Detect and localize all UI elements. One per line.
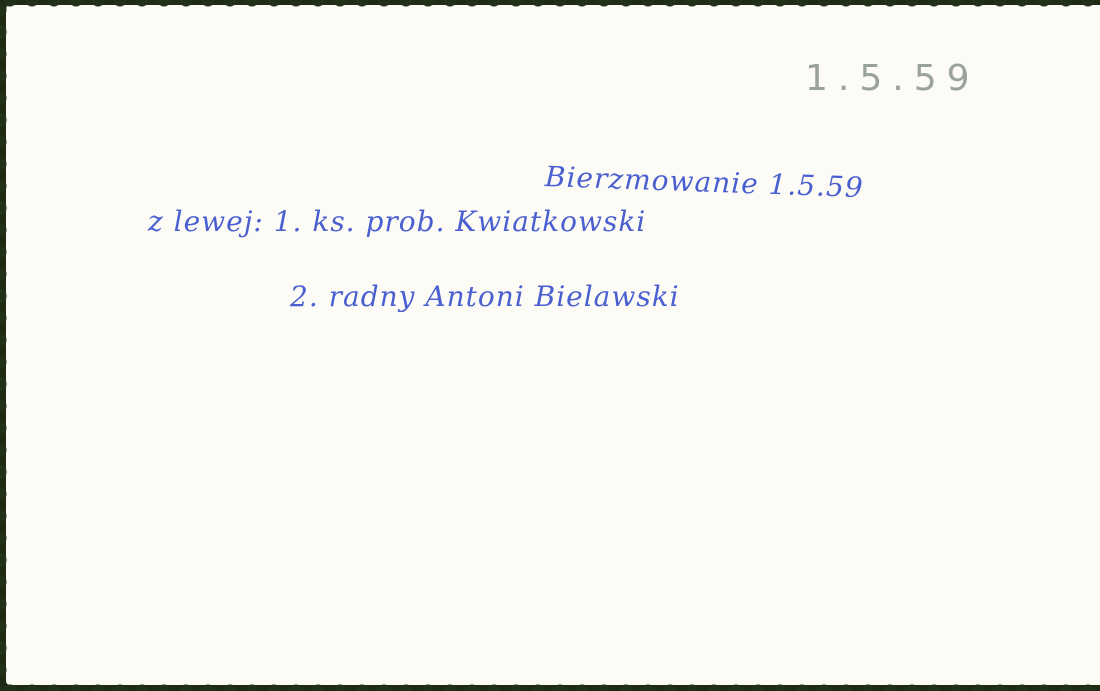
deckle-edge-left bbox=[0, 0, 10, 691]
caption-line-1: z lewej: 1. ks. prob. Kwiatkowski bbox=[148, 205, 646, 238]
caption-line-2: 2. radny Antoni Bielawski bbox=[290, 280, 680, 313]
deckle-edge-top bbox=[0, 0, 1100, 10]
photo-back-card bbox=[6, 5, 1100, 685]
pencil-date: 1.5.59 bbox=[805, 58, 980, 99]
deckle-edge-bottom bbox=[0, 681, 1100, 691]
